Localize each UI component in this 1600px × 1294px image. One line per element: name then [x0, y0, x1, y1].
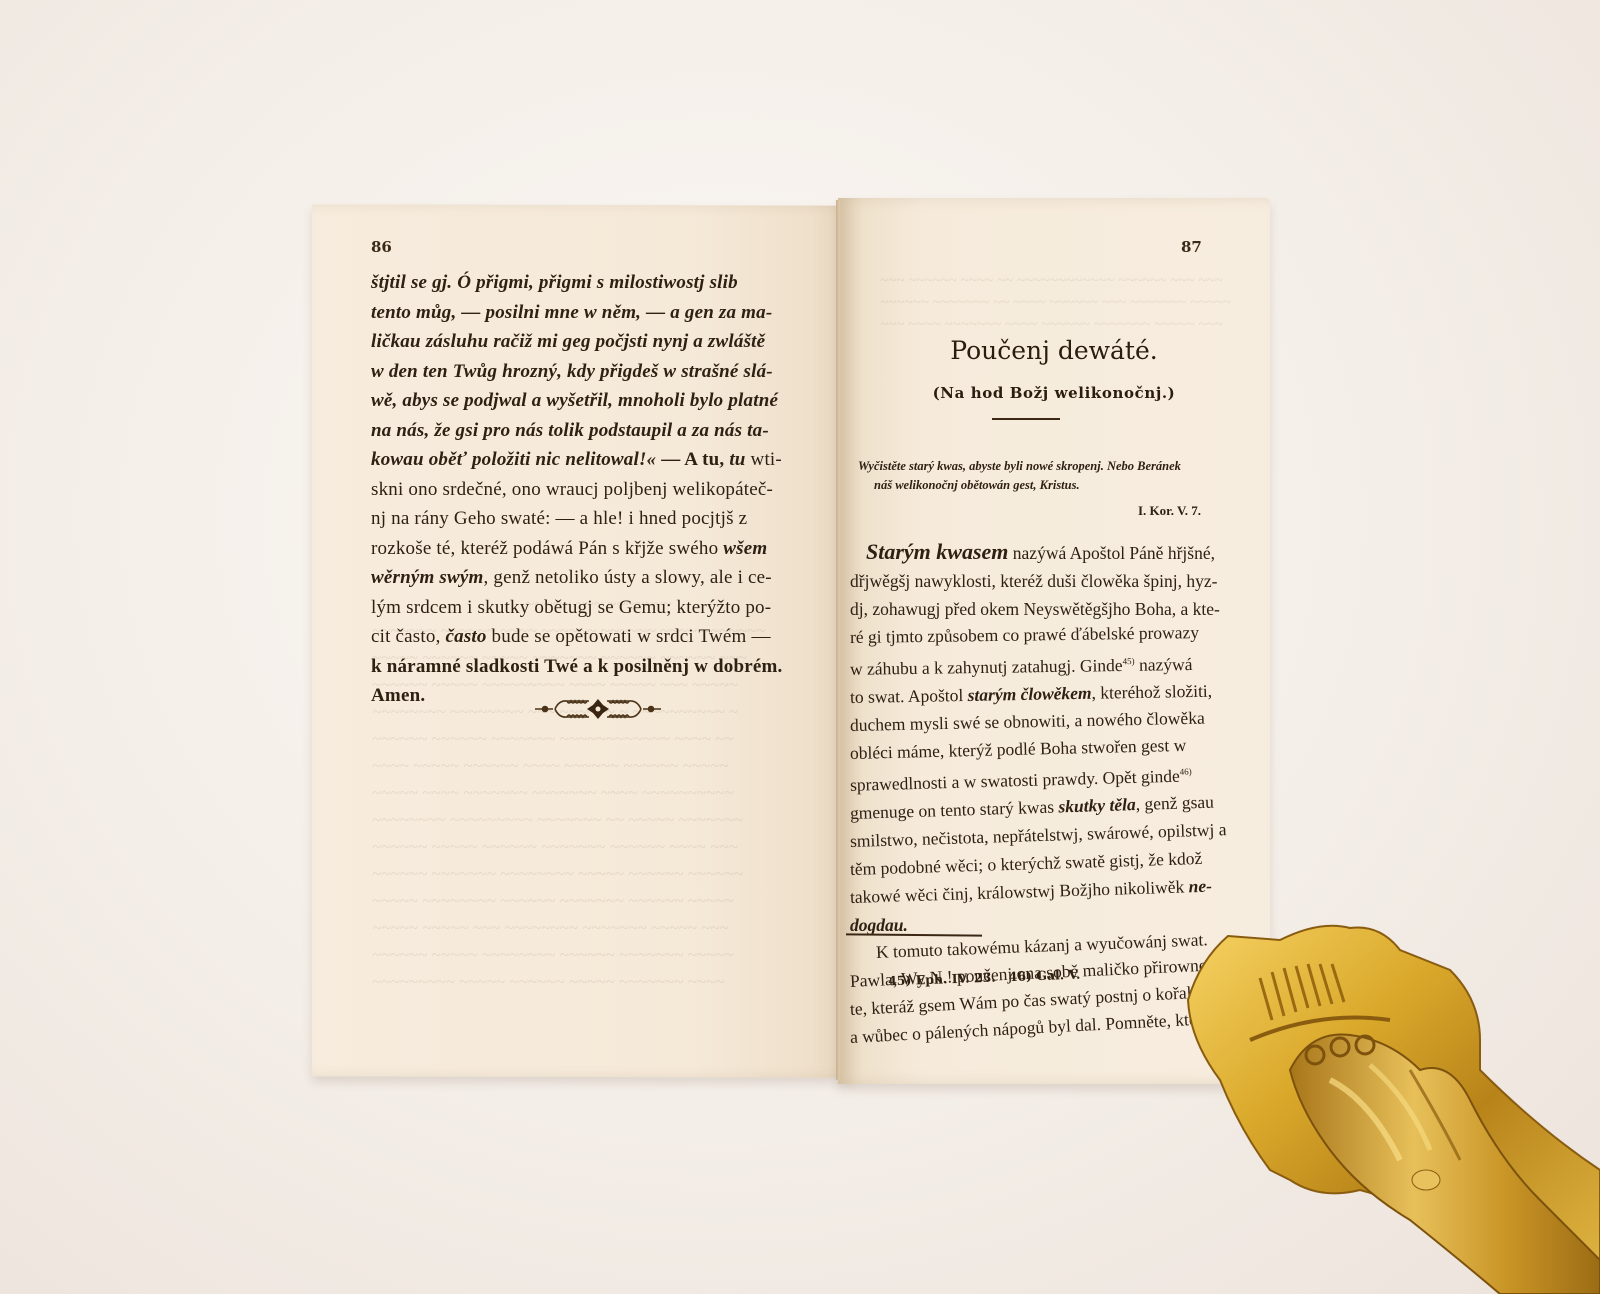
text-line: lým srdcem i skutky obětugj se Gemu; kte… — [371, 593, 782, 623]
text-span: takowé wěci činj, králowstwj Božjho niko… — [850, 876, 1189, 907]
text-span: nazýwá Apoštol Páně hřjšné, — [1008, 543, 1215, 563]
show-through-text: ~~~ ~~~~~~ ~~~~ ~~ ~~~~~~~~~~~~ ~~~~~~ ~… — [880, 270, 1231, 336]
book-gutter — [836, 200, 840, 1080]
page-number-left: 86 — [371, 238, 392, 256]
chapter-heading: Poučenj dewáté. — [848, 336, 1260, 365]
text-span: cit často, — [371, 626, 445, 647]
text-line: štjtil se gj. Ó přigmi, přigmi s milosti… — [371, 268, 782, 298]
text-line: wě, abys se podjwal a wyšetřil, mnoholi … — [371, 386, 782, 416]
text-line: w den ten Twůg hrozný, kdy přigdeš w str… — [371, 357, 782, 387]
text-line: wěrným swým, genž netoliko ústy a slowy,… — [371, 563, 782, 593]
text-line: ličkau zásluhu račiž mi geg počjsti nynj… — [371, 327, 782, 357]
fleuron-ornament-icon — [533, 697, 663, 721]
text-line: tento můg, — posilni mne w něm, — a gen … — [371, 298, 782, 328]
footnote-ref: 45) — [1123, 656, 1135, 666]
text-line: cit často, často bude se opětowati w srd… — [371, 622, 782, 652]
text-span: nazýwá — [1134, 654, 1192, 675]
text-span: tu — [729, 449, 745, 470]
lead-words: Starým kwasem — [866, 539, 1008, 564]
footnote-ref: 46) — [1180, 766, 1192, 776]
text-span: w záhubu a k zahynutj zatahugj. Ginde — [850, 655, 1123, 679]
heading-rule — [992, 418, 1060, 420]
text-span: bude se opětowati w srdci Twém — — [487, 626, 771, 647]
epigraph: Wyčistěte starý kwas, abyste byli nowé s… — [858, 457, 1181, 495]
text-line: Starým kwasem nazýwá Apoštol Páně hřjšné… — [850, 538, 1227, 567]
epigraph-citation: I. Kor. V. 7. — [1138, 503, 1201, 519]
text-line: k náramné sladkosti Twé a k posilněnj w … — [371, 652, 782, 682]
epigraph-line: Wyčistěte starý kwas, abyste byli nowé s… — [858, 457, 1181, 476]
text-span: wti- — [746, 449, 782, 470]
text-span: to swat. Apoštol — [850, 685, 968, 707]
text-line: kowau oběť položiti nic nelitowal!« — A … — [371, 445, 782, 475]
text-span: , genž netoliko ústy a slowy, ale i ce- — [484, 567, 772, 588]
text-span: gmenuge on tento starý kwas — [850, 796, 1059, 823]
text-span: — A tu, — [656, 449, 729, 470]
text-line: na nás, že gsi pro nás tolik podstaupil … — [371, 416, 782, 446]
text-line: dřjwěgšj nawyklosti, kteréž duši člowěka… — [850, 567, 1227, 595]
text-span: rozkoše té, kteréž podáwá Pán s křjže sw… — [371, 538, 723, 559]
chapter-subheading: (Na hod Božj welikonočnj.) — [848, 384, 1260, 402]
text-span: , genž gsau — [1135, 791, 1214, 813]
page-number-right: 87 — [1181, 238, 1202, 256]
text-span: ne- — [1188, 875, 1212, 896]
text-span: skutky těla — [1058, 794, 1136, 816]
text-span: kowau oběť položiti nic nelitowal!« — [371, 449, 656, 470]
text-span: wěrným swým — [371, 567, 484, 588]
text-span: , kteréhož složiti, — [1091, 681, 1212, 703]
footnote-46: 46) Gal. V. — [1008, 967, 1080, 984]
photo-scene: 86 ~~~~~ ~~~ ~~~~~~~ ~~~~~~~ ~~~~~~ ~~~~… — [0, 0, 1600, 1294]
text-span: starým člowěkem — [967, 683, 1091, 705]
brass-hand-clip-icon — [1180, 900, 1600, 1294]
text-span: často — [445, 626, 486, 647]
text-line: rozkoše té, kteréž podáwá Pán s křjže sw… — [371, 534, 782, 564]
text-line: skni ono srdečné, ono wraucj poljbenj we… — [371, 475, 782, 505]
text-span: wšem — [723, 538, 767, 559]
text-line: nj na rány Geho swaté: — a hle! i hned p… — [371, 504, 782, 534]
left-page-text: štjtil se gj. Ó přigmi, přigmi s milosti… — [371, 268, 782, 711]
epigraph-line: náš welikonočnj obětowán gest, Kristus. — [858, 476, 1181, 495]
